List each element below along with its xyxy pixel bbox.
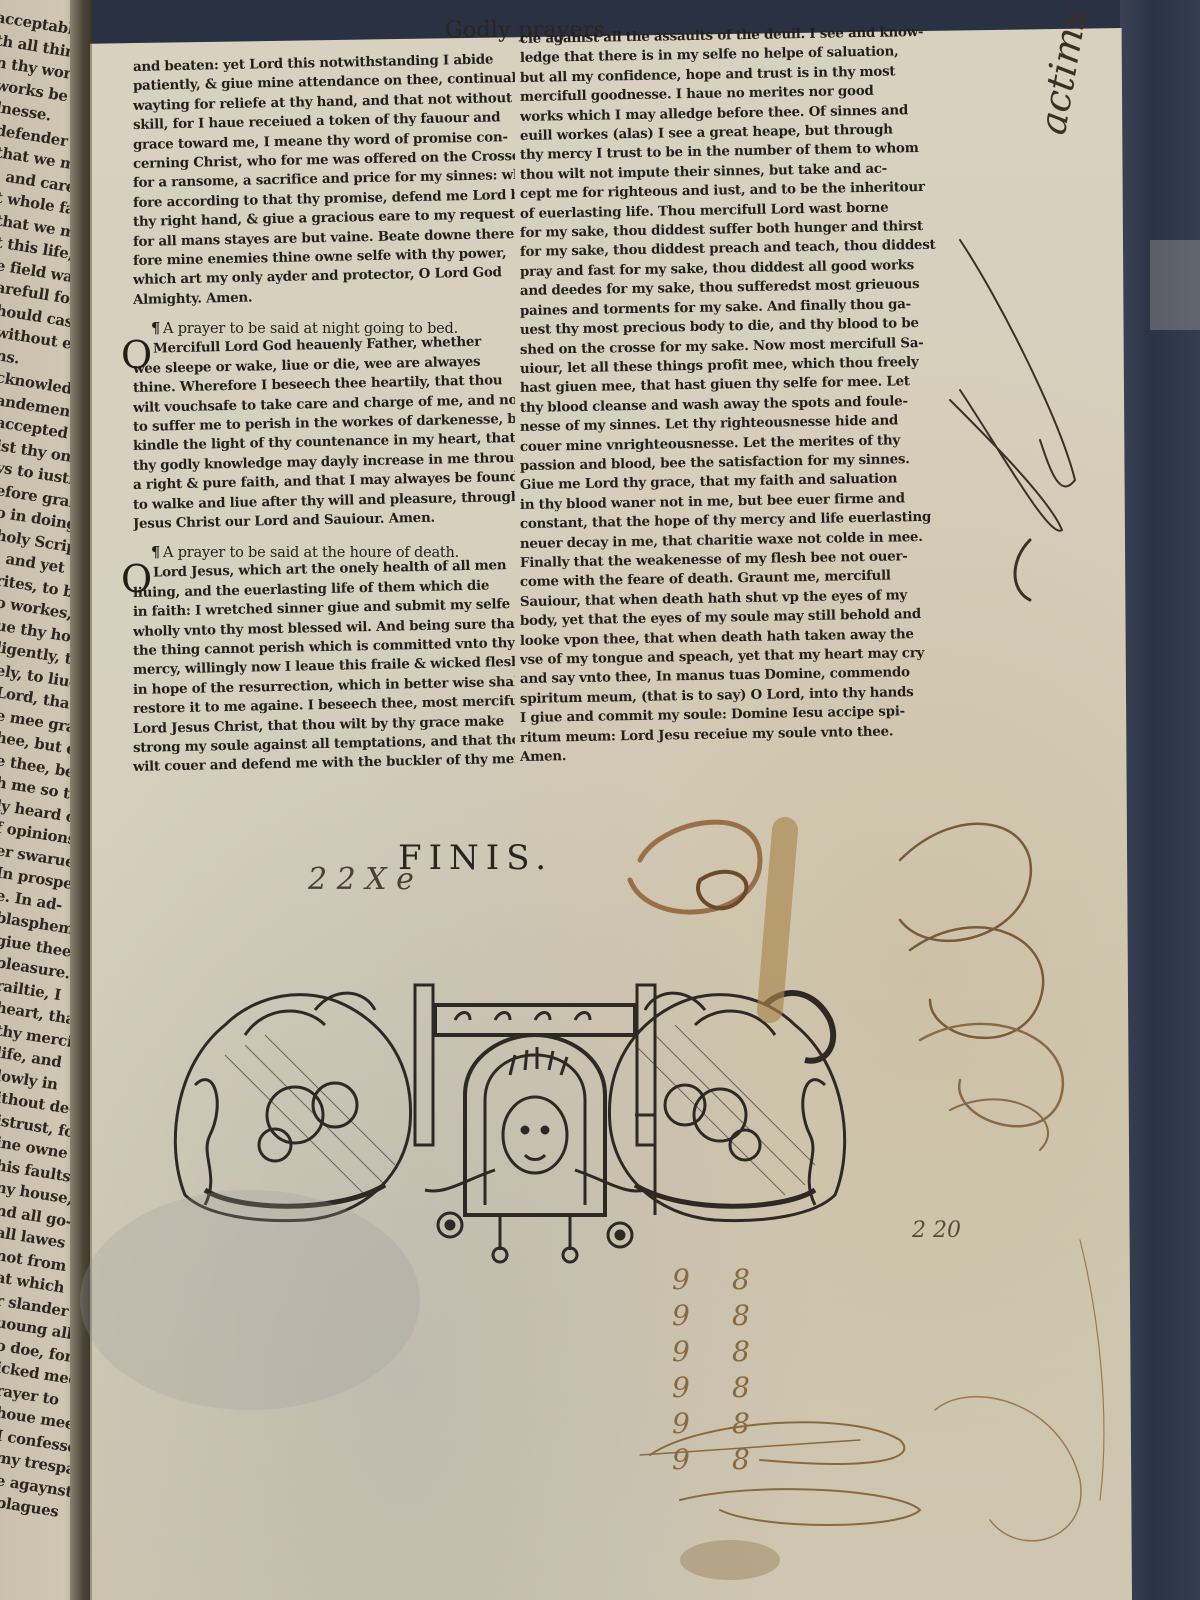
pilcrow-icon: ¶ bbox=[151, 544, 160, 561]
manuscript-numbers-nines: 9 9 9 9 9 9 bbox=[672, 1262, 690, 1478]
backdrop-object bbox=[1150, 240, 1200, 330]
right-text-column: cie against all the assaults of the deui… bbox=[520, 30, 945, 767]
prayer-continuation: and beaten: yet Lord this notwithstandin… bbox=[133, 58, 515, 310]
finis-colophon: FINIS. bbox=[398, 838, 553, 878]
woodcut-ornament-icon bbox=[165, 965, 855, 1265]
prayer-night-body: O Mercifull Lord God heauenly Father, wh… bbox=[133, 340, 515, 534]
prayer-death-body: O Lord Jesus, which art the onely health… bbox=[133, 564, 515, 777]
manuscript-small-note: 2 20 bbox=[912, 1218, 961, 1243]
facing-page-line: lnesse. bbox=[0, 98, 52, 124]
manuscript-note-near-finis: 2 2 X e bbox=[308, 862, 414, 897]
left-text-column: and beaten: yet Lord this notwithstandin… bbox=[133, 58, 515, 778]
backdrop-background bbox=[1120, 0, 1200, 1600]
pilcrow-icon: ¶ bbox=[151, 320, 160, 337]
prayer-death-continuation: cie against all the assaults of the deui… bbox=[520, 30, 945, 767]
manuscript-numbers-eights: 8 8 8 8 8 8 bbox=[732, 1262, 750, 1478]
left-facing-page: acceptableth all thingsn thy worshipwork… bbox=[0, 0, 92, 1600]
facing-page-line: ns. bbox=[0, 346, 21, 367]
book-gutter bbox=[70, 0, 92, 1600]
